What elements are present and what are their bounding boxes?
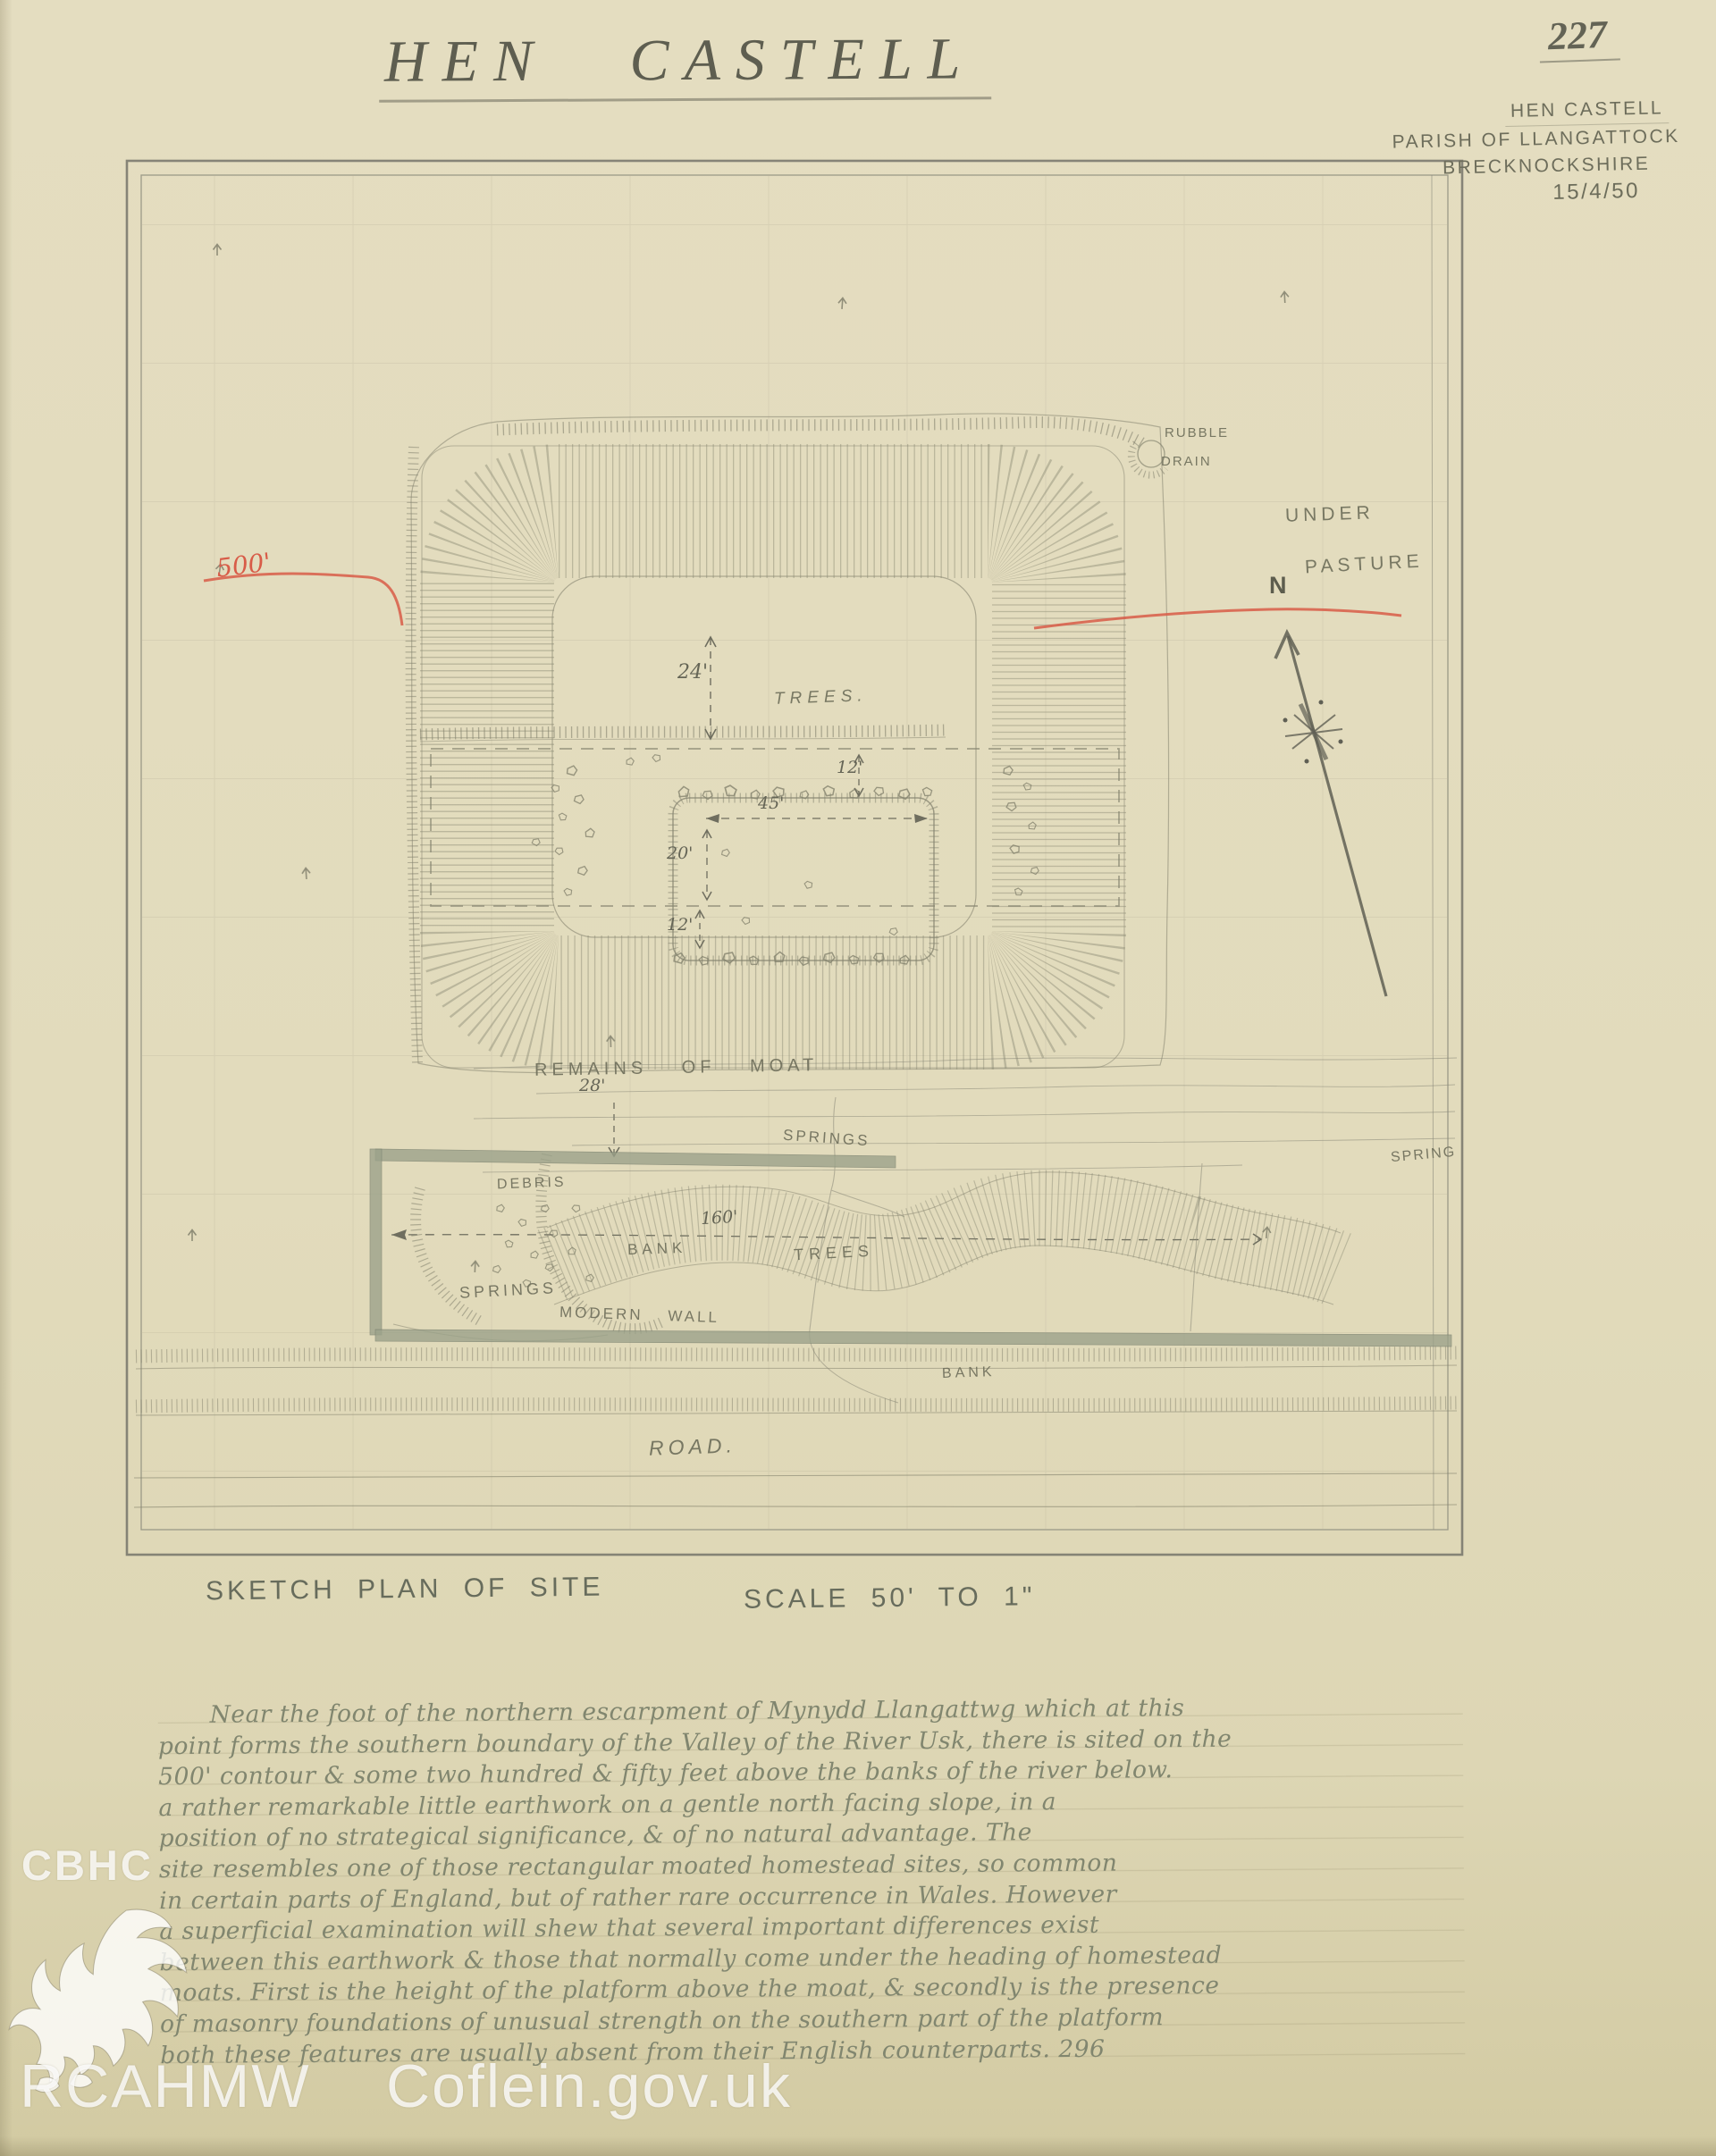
dim-12ft-bottom: 12'	[667, 915, 693, 935]
dim-20ft: 20'	[667, 843, 693, 863]
label-under-pasture: UNDER	[1285, 502, 1375, 526]
handwritten-notes: Near the foot of the northern escarpment…	[158, 1691, 1466, 2071]
label-bank-center: BANK	[627, 1239, 687, 1259]
north-label: N	[1269, 572, 1290, 600]
watermark-coflein-url: Coflein.gov.uk	[386, 2051, 792, 2121]
label-rubble-drain: DRAIN	[1161, 454, 1212, 469]
plan-caption-title: SKETCH PLAN OF SITE	[206, 1573, 604, 1607]
scan-edge-shadow	[0, 0, 13, 2156]
header-site-name: HEN CASTELL	[1505, 95, 1670, 127]
survey-grid	[141, 175, 1448, 1530]
page-title: HEN CASTELL	[379, 25, 992, 103]
label-debris: DEBRIS	[497, 1175, 567, 1194]
watermark-cbhc: CBHC	[21, 1841, 154, 1890]
label-road: ROAD.	[649, 1433, 737, 1460]
label-bank-road: BANK	[942, 1364, 996, 1382]
dim-24ft: 24'	[677, 661, 708, 684]
scan-bottom-shadow	[0, 2136, 1716, 2156]
dim-45ft: 45'	[758, 793, 784, 813]
scanned-document-page: HEN CASTELL 227 HEN CASTELL PARISH OF LL…	[0, 0, 1716, 2156]
label-trees-platform: TREES.	[774, 686, 868, 709]
dim-12ft-top: 12'	[837, 758, 862, 777]
page-number: 227	[1538, 11, 1620, 63]
dim-160ft: 160'	[700, 1207, 738, 1229]
plan-caption-scale: SCALE 50' TO 1"	[744, 1581, 1036, 1615]
watermark-rcahmw: RCAHMW	[20, 2051, 311, 2121]
label-rubble-drain: RUBBLE	[1165, 425, 1229, 440]
header-block: HEN CASTELL PARISH OF LLANGATTOCK BRECKN…	[1331, 95, 1681, 211]
